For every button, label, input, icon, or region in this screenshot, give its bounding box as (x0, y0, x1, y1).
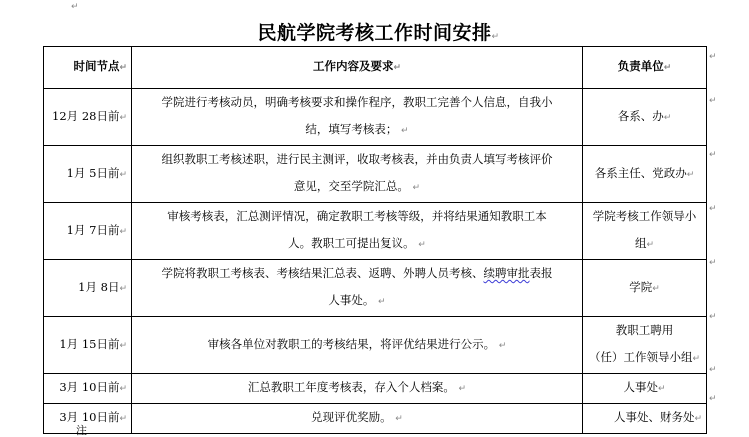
cell-content[interactable]: 学院进行考核动员，明确考核要求和操作程序，教职工完善个人信息，自我小 结，填写考… (132, 89, 583, 146)
cell-time[interactable]: 12月 28日前↵ (44, 89, 132, 146)
cell-content[interactable]: 组织教职工考核述职，进行民主测评，收取考核表，并由负责人填写考核评价 意见，交至… (132, 146, 583, 203)
paragraph-mark: ↵ (491, 32, 499, 42)
row-end-mark: ↵ (709, 394, 717, 404)
table-row: 12月 28日前↵ 学院进行考核动员，明确考核要求和操作程序，教职工完善个人信息… (44, 89, 707, 146)
paragraph-mark: ↵ (71, 2, 79, 12)
cell-content[interactable]: 汇总教职工年度考核表，存入个人档案。 ↵ (132, 374, 583, 404)
cell-unit[interactable]: 学院考核工作领导小 组↵ (583, 203, 707, 260)
cell-unit[interactable]: 各系、办↵ (583, 89, 707, 146)
content-line: 人。教职工可提出复议。 ↵ (136, 230, 578, 259)
content-line: 学院将教职工考核表、考核结果汇总表、返聘、外聘人员考核、续聘审批表报 (136, 260, 578, 287)
cell-time[interactable]: 1月 5日前↵ (44, 146, 132, 203)
spellcheck-underline: 续聘审批 (484, 266, 530, 280)
row-end-mark: ↵ (709, 312, 717, 322)
header-unit[interactable]: 负责单位↵ (583, 47, 707, 89)
cell-unit[interactable]: 教职工聘用 （任）工作领导小组↵ (583, 317, 707, 374)
cell-unit[interactable]: 人事处、财务处↵ (583, 404, 707, 434)
cell-time[interactable]: 1月 15日前↵ (44, 317, 132, 374)
header-time[interactable]: 时间节点↵ (44, 47, 132, 89)
row-end-mark: ↵ (709, 52, 717, 62)
content-line: 学院进行考核动员，明确考核要求和操作程序，教职工完善个人信息，自我小 (136, 89, 578, 116)
row-end-mark: ↵ (709, 204, 717, 214)
table-row: 3月 10日前↵ 兑现评优奖励。 ↵ 人事处、财务处↵ (44, 404, 707, 434)
cell-time[interactable]: 1月 8日↵ (44, 260, 132, 317)
table-header-row: 时间节点↵ 工作内容及要求↵ 负责单位↵ (44, 47, 707, 89)
content-line: 人事处。 ↵ (136, 287, 578, 316)
cell-content[interactable]: 审核各单位对教职工的考核结果，将评优结果进行公示。 ↵ (132, 317, 583, 374)
row-end-mark: ↵ (709, 96, 717, 106)
table-row: 3月 10日前↵ 汇总教职工年度考核表，存入个人档案。 ↵ 人事处↵ (44, 374, 707, 404)
content-line: 意见，交至学院汇总。 ↵ (136, 173, 578, 202)
cell-unit[interactable]: 各系主任、党政办↵ (583, 146, 707, 203)
title-text: 民航学院考核工作时间安排 (257, 22, 491, 44)
cell-time[interactable]: 3月 10日前↵ (44, 404, 132, 434)
schedule-table: 时间节点↵ 工作内容及要求↵ 负责单位↵ 12月 28日前↵ 学院进行考核动员，… (43, 46, 707, 434)
header-content[interactable]: 工作内容及要求↵ (132, 47, 583, 89)
cell-content[interactable]: 兑现评优奖励。 ↵ (132, 404, 583, 434)
row-end-mark: ↵ (709, 365, 717, 375)
table-row: 1月 8日↵ 学院将教职工考核表、考核结果汇总表、返聘、外聘人员考核、续聘审批表… (44, 260, 707, 317)
cell-content[interactable]: 审核考核表，汇总测评情况，确定教职工考核等级，并将结果通知教职工本 人。教职工可… (132, 203, 583, 260)
cell-unit[interactable]: 人事处↵ (583, 374, 707, 404)
cell-time[interactable]: 1月 7日前↵ (44, 203, 132, 260)
content-line: 审核考核表，汇总测评情况，确定教职工考核等级，并将结果通知教职工本 (136, 203, 578, 230)
content-line: 结，填写考核表； ↵ (136, 116, 578, 145)
row-end-mark: ↵ (709, 150, 717, 160)
table-row: 1月 15日前↵ 审核各单位对教职工的考核结果，将评优结果进行公示。 ↵ 教职工… (44, 317, 707, 374)
content-line: 组织教职工考核述职，进行民主测评，收取考核表，并由负责人填写考核评价 (136, 146, 578, 173)
table-row: 1月 5日前↵ 组织教职工考核述职，进行民主测评，收取考核表，并由负责人填写考核… (44, 146, 707, 203)
table-row: 1月 7日前↵ 审核考核表，汇总测评情况，确定教职工考核等级，并将结果通知教职工… (44, 203, 707, 260)
row-end-mark: ↵ (709, 258, 717, 268)
cell-unit[interactable]: 学院↵ (583, 260, 707, 317)
cell-time[interactable]: 3月 10日前↵ (44, 374, 132, 404)
note-label: 注 (76, 424, 87, 437)
cell-content[interactable]: 学院将教职工考核表、考核结果汇总表、返聘、外聘人员考核、续聘审批表报 人事处。 … (132, 260, 583, 317)
